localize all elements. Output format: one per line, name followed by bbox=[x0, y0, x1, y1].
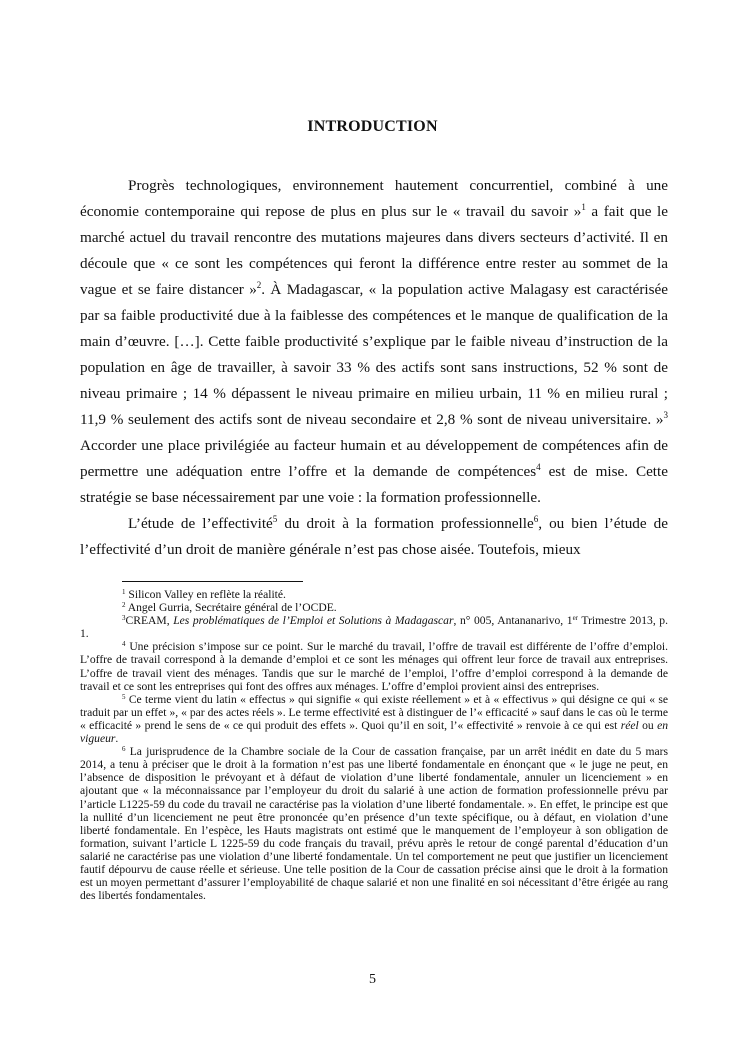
footnote-1: 1 Silicon Valley en reflète la réalité. bbox=[80, 588, 668, 601]
body-text: Progrès technologiques, environnement ha… bbox=[80, 173, 668, 563]
footnote-number: 1 bbox=[122, 588, 126, 596]
footnote-number: 5 bbox=[122, 693, 126, 701]
footnote-2: 2 Angel Gurria, Secrétaire général de l’… bbox=[80, 601, 668, 614]
footnote-text: Une précision s’impose sur ce point. Sur… bbox=[80, 640, 668, 692]
footnote-4: 4 Une précision s’impose sur ce point. S… bbox=[80, 640, 668, 692]
paragraph-1: Progrès technologiques, environnement ha… bbox=[80, 173, 668, 511]
footnote-number: 2 bbox=[122, 601, 126, 609]
footnote-5: 5 Ce terme vient du latin « effectus » q… bbox=[80, 693, 668, 745]
footnote-text: Ce terme vient du latin « effectus » qui… bbox=[80, 693, 668, 732]
footnote-text: . bbox=[115, 732, 118, 745]
footnote-number: 4 bbox=[122, 640, 126, 648]
footnote-ref-3[interactable]: 3 bbox=[664, 410, 669, 420]
section-title: INTRODUCTION bbox=[0, 118, 745, 136]
document-page: INTRODUCTION Progrès technologiques, env… bbox=[0, 0, 745, 1053]
footnote-text: Silicon Valley en reflète la réalité. bbox=[128, 588, 286, 601]
footnote-separator bbox=[122, 581, 303, 582]
footnote-text: ou bbox=[639, 719, 657, 732]
footnote-text: Angel Gurria, Secrétaire général de l’OC… bbox=[128, 601, 337, 614]
footnote-text: CREAM, bbox=[126, 614, 174, 627]
footnote-3: 3CREAM, Les problématiques de l’Emploi e… bbox=[80, 614, 668, 640]
footnotes: 1 Silicon Valley en reflète la réalité. … bbox=[80, 588, 668, 902]
footnote-text: La jurisprudence de la Chambre sociale d… bbox=[80, 745, 668, 902]
paragraph-2: L’étude de l’effectivité5 du droit à la … bbox=[80, 511, 668, 563]
page-number: 5 bbox=[0, 972, 745, 988]
paragraph-2-text-b: du droit à la formation professionnelle bbox=[277, 515, 533, 532]
paragraph-2-text-a: L’étude de l’effectivité bbox=[128, 515, 273, 532]
footnote-number: 6 bbox=[122, 745, 126, 753]
footnote-emphasis: réel bbox=[621, 719, 639, 732]
footnote-text: , n° 005, Antananarivo, 1 bbox=[454, 614, 573, 627]
paragraph-1-text-a: Progrès technologiques, environnement ha… bbox=[80, 177, 668, 220]
footnote-6: 6 La jurisprudence de la Chambre sociale… bbox=[80, 745, 668, 902]
paragraph-1-text-c: . À Madagascar, « la population active M… bbox=[80, 281, 668, 428]
footnote-citation-title: Les problématiques de l’Emploi et Soluti… bbox=[173, 614, 453, 627]
